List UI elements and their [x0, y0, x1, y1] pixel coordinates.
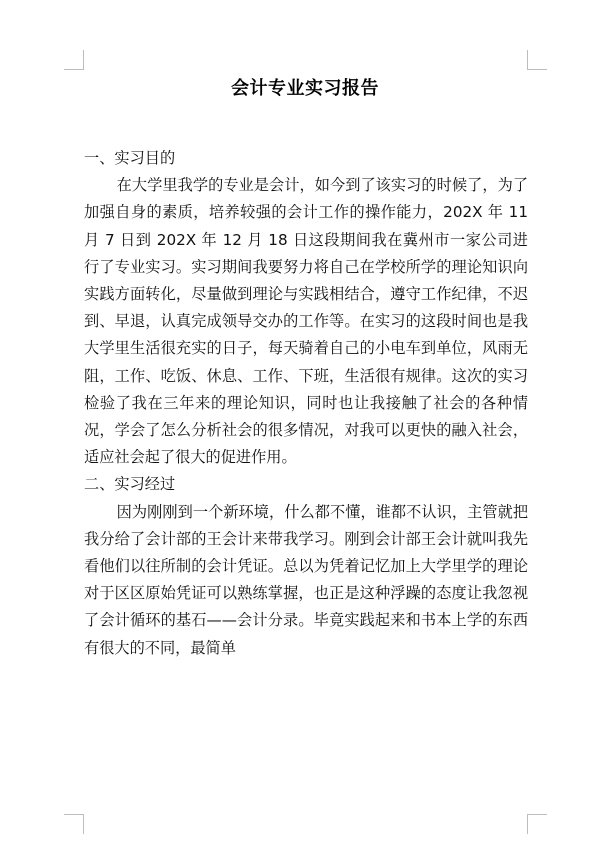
page-corner-mark-bottom-left — [64, 814, 84, 834]
document-title: 会计专业实习报告 — [0, 74, 610, 100]
section-paragraph-purpose: 在大学里我学的专业是会计，如今到了该实习的时候了，为了加强自身的素质，培养较强的… — [84, 172, 528, 471]
section-heading-process: 二、实习经过 — [84, 471, 528, 498]
page-corner-mark-top-right — [527, 50, 547, 70]
section-heading-purpose: 一、实习目的 — [84, 145, 528, 172]
page-corner-mark-top-left — [64, 50, 84, 70]
document-body: 一、实习目的 在大学里我学的专业是会计，如今到了该实习的时候了，为了加强自身的素… — [84, 145, 528, 662]
section-paragraph-process: 因为刚刚到一个新环境，什么都不懂，谁都不认识，主管就把我分给了会计部的王会计来带… — [84, 499, 528, 662]
page-corner-mark-bottom-right — [527, 814, 547, 834]
